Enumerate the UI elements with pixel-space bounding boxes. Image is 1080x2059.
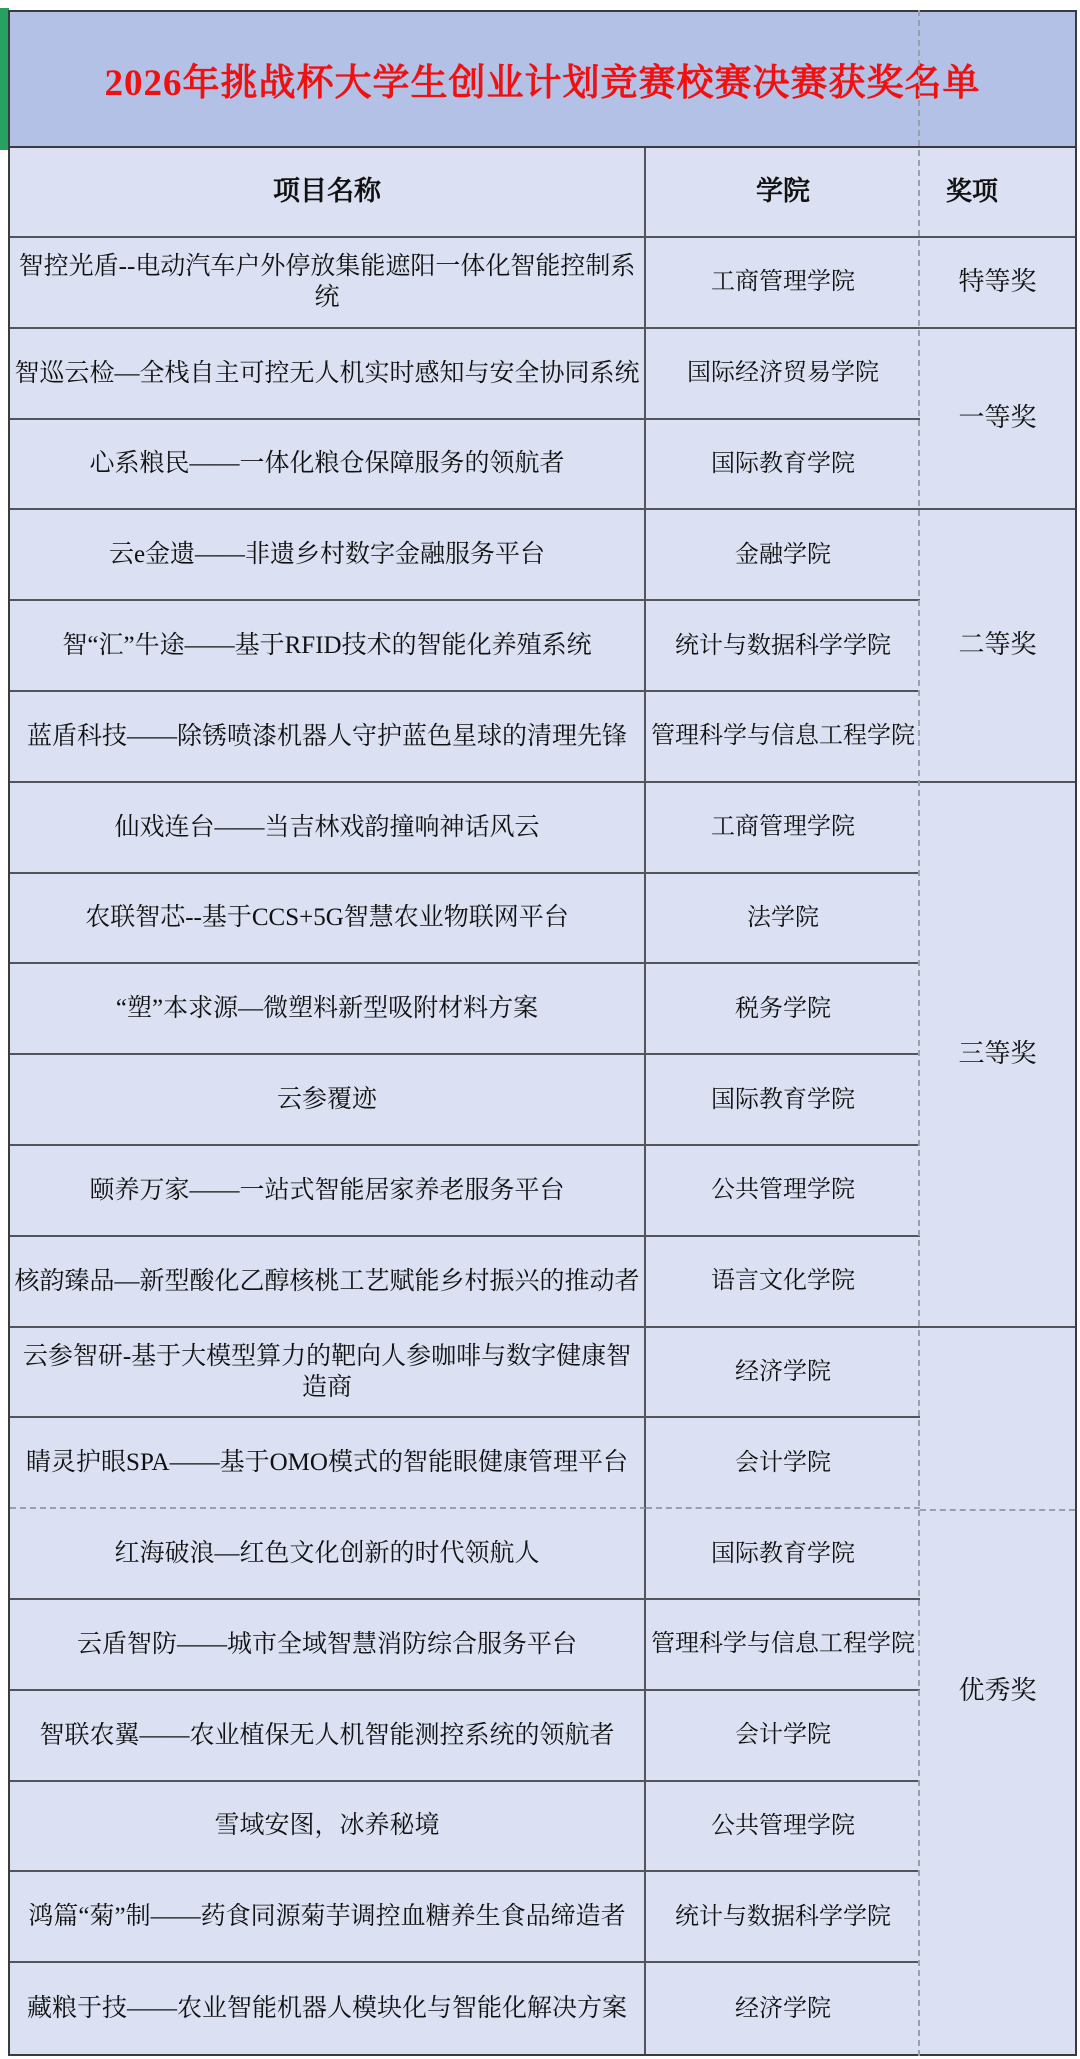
- college-cell: 经济学院: [646, 1963, 920, 2054]
- project-cell: 智“汇”牛途——基于RFID技术的智能化养殖系统: [10, 601, 646, 692]
- column-header-college: 学院: [646, 148, 920, 238]
- college-cell: 公共管理学院: [646, 1146, 920, 1237]
- college-cell: 统计与数据科学学院: [646, 601, 920, 692]
- college-cell: 管理科学与信息工程学院: [646, 692, 920, 783]
- college-cell: 工商管理学院: [646, 783, 920, 874]
- college-cell: 法学院: [646, 874, 920, 965]
- project-cell: 藏粮于技——农业智能机器人模块化与智能化解决方案: [10, 1963, 646, 2054]
- college-cell: 工商管理学院: [646, 238, 920, 329]
- project-cell: 智控光盾--电动汽车户外停放集能遮阳一体化智能控制系统: [10, 238, 646, 329]
- college-cell: 管理科学与信息工程学院: [646, 1600, 920, 1691]
- project-cell: 仙戏连台——当吉林戏韵撞响神话风云: [10, 783, 646, 874]
- spreadsheet-page: 2026年挑战杯大学生创业计划竞赛校赛决赛获奖名单 项目名称 学院 奖项 智控光…: [0, 0, 1080, 2059]
- project-cell: 心系粮民——一体化粮仓保障服务的领航者: [10, 420, 646, 511]
- project-cell: 云参覆迹: [10, 1055, 646, 1146]
- project-cell: 云盾智防——城市全域智慧消防综合服务平台: [10, 1600, 646, 1691]
- college-cell: 金融学院: [646, 510, 920, 601]
- award-cell: 二等奖: [920, 510, 1075, 782]
- project-cell: 云参智研-基于大模型算力的靶向人参咖啡与数字健康智造商: [10, 1328, 646, 1419]
- project-cell: 核韵臻品—新型酸化乙醇核桃工艺赋能乡村振兴的推动者: [10, 1237, 646, 1328]
- college-cell: 统计与数据科学学院: [646, 1872, 920, 1963]
- award-cell: 特等奖: [920, 238, 1075, 329]
- college-cell: 语言文化学院: [646, 1237, 920, 1328]
- college-cell: 国际教育学院: [646, 1055, 920, 1146]
- horizontal-page-break-line: [920, 1509, 1075, 1511]
- page-title: 2026年挑战杯大学生创业计划竞赛校赛决赛获奖名单: [10, 12, 1075, 148]
- project-cell: “塑”本求源—微塑料新型吸附材料方案: [10, 964, 646, 1055]
- project-cell: 鸿篇“菊”制——药食同源菊芋调控血糖养生食品缔造者: [10, 1872, 646, 1963]
- project-cell: 红海破浪—红色文化创新的时代领航人: [10, 1509, 646, 1600]
- college-cell: 国际教育学院: [646, 1509, 920, 1600]
- project-cell: 农联智芯--基于CCS+5G智慧农业物联网平台: [10, 874, 646, 965]
- project-cell: 蓝盾科技——除锈喷漆机器人守护蓝色星球的清理先锋: [10, 692, 646, 783]
- college-cell: 会计学院: [646, 1418, 920, 1509]
- college-cell: 会计学院: [646, 1691, 920, 1782]
- project-cell: 云e金遗——非遗乡村数字金融服务平台: [10, 510, 646, 601]
- college-cell: 税务学院: [646, 964, 920, 1055]
- column-header-award: 奖项: [920, 148, 1075, 238]
- project-cell: 智联农翼——农业植保无人机智能测控系统的领航者: [10, 1691, 646, 1782]
- project-cell: 颐养万家——一站式智能居家养老服务平台: [10, 1146, 646, 1237]
- award-cell: 优秀奖: [920, 1328, 1075, 2054]
- project-cell: 睛灵护眼SPA——基于OMO模式的智能眼健康管理平台: [10, 1418, 646, 1509]
- college-cell: 公共管理学院: [646, 1782, 920, 1873]
- awards-table: 2026年挑战杯大学生创业计划竞赛校赛决赛获奖名单 项目名称 学院 奖项 智控光…: [8, 10, 1077, 2056]
- college-cell: 国际经济贸易学院: [646, 329, 920, 420]
- project-cell: 智巡云检—全栈自主可控无人机实时感知与安全协同系统: [10, 329, 646, 420]
- college-cell: 经济学院: [646, 1328, 920, 1419]
- column-header-project: 项目名称: [10, 148, 646, 238]
- project-cell: 雪域安图，冰养秘境: [10, 1782, 646, 1873]
- award-cell: 一等奖: [920, 329, 1075, 511]
- award-cell: 三等奖: [920, 783, 1075, 1328]
- college-cell: 国际教育学院: [646, 420, 920, 511]
